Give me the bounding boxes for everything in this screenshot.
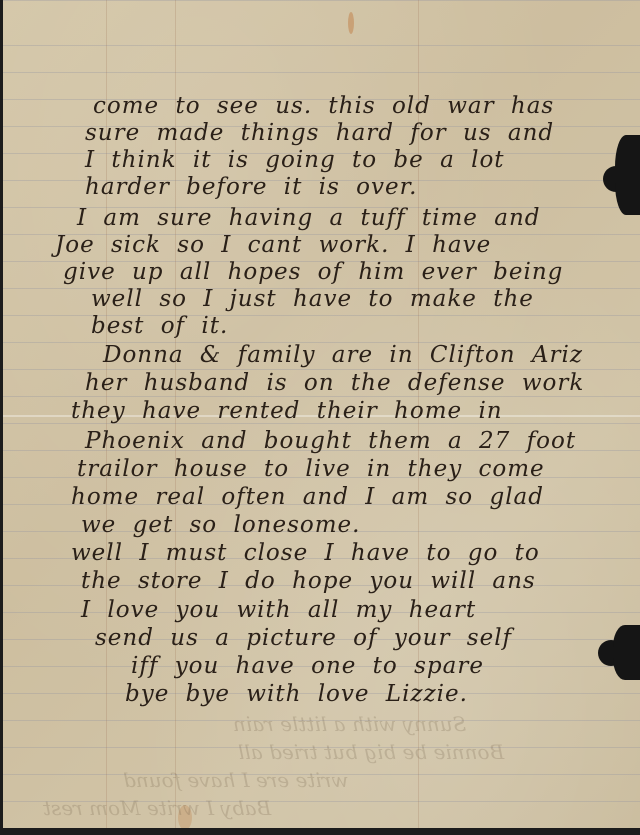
letter-line: best of it. xyxy=(91,313,228,339)
letter-line: Phoenix and bought them a 27 foot xyxy=(85,428,576,454)
letter-closing-signature: bye bye with love Lizzie. xyxy=(125,681,468,707)
letter-body: come to see us. this old war has sure ma… xyxy=(3,0,640,828)
letter-line: home real often and I am so glad xyxy=(71,484,544,510)
letter-line: we get so lonesome. xyxy=(81,512,360,538)
letter-line: well so I just have to make the xyxy=(91,286,534,312)
letter-line: harder before it is over. xyxy=(85,174,417,200)
letter-line: the store I do hope you will ans xyxy=(81,568,536,594)
letter-line: well I must close I have to go to xyxy=(71,540,540,566)
letter-line: come to see us. this old war has xyxy=(93,93,554,119)
letter-line: iff you have one to spare xyxy=(131,653,484,679)
letter-line: I am sure having a tuff time and xyxy=(77,205,540,231)
letter-line: I think it is going to be a lot xyxy=(85,147,505,173)
letter-page: Sunny with a little rain Bonnie be big b… xyxy=(3,0,640,828)
letter-line: Joe sick so I cant work. I have xyxy=(55,232,491,258)
letter-line: her husband is on the defense work xyxy=(85,370,584,396)
letter-line: sure made things hard for us and xyxy=(85,120,554,146)
letter-line: they have rented their home in xyxy=(71,398,503,424)
letter-line: trailor house to live in they come xyxy=(77,456,545,482)
letter-line: I love you with all my heart xyxy=(81,597,476,623)
letter-line: give up all hopes of him ever being xyxy=(63,259,563,285)
letter-line: send us a picture of your self xyxy=(95,625,512,651)
letter-line: Donna & family are in Clifton Ariz xyxy=(103,342,583,368)
